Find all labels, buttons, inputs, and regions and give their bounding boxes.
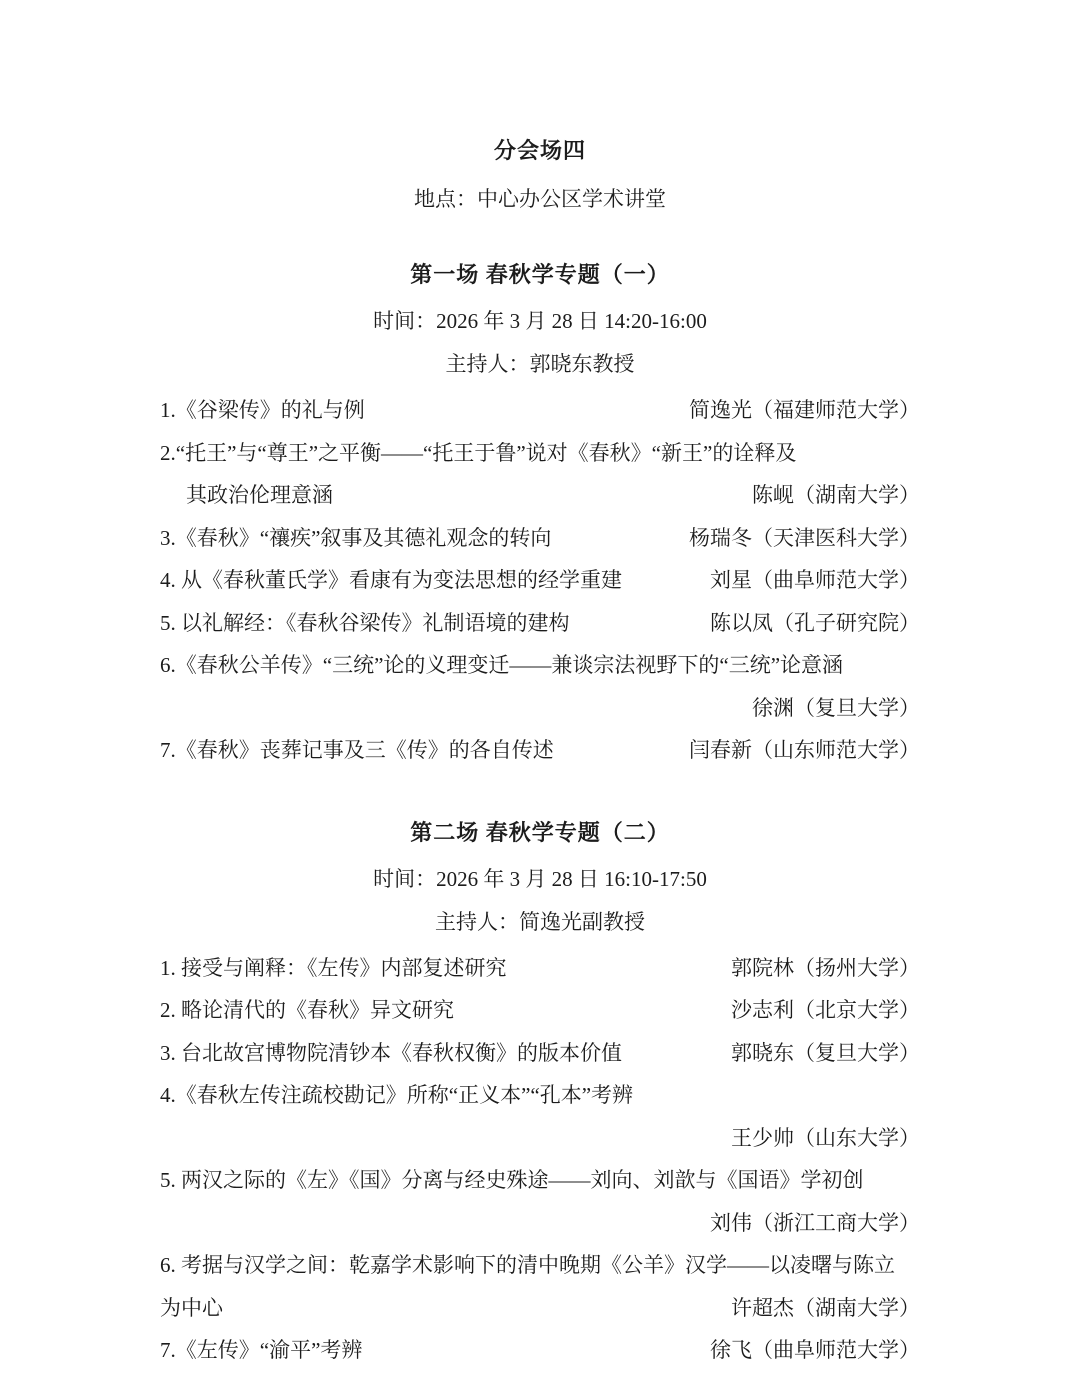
- session-header: 第一场 春秋学专题（一）: [160, 260, 920, 290]
- presentation-list: 1. 接受与阐释：《左传》内部复述研究 郭院林（扬州大学） 2. 略论清代的《春…: [160, 947, 920, 1372]
- presenter-name: 陈以凤（孔子研究院）: [710, 602, 920, 645]
- presentation-title: 7.《左传》“渝平”考辨: [160, 1329, 362, 1372]
- presentation-line: 刘伟（浙江工商大学）: [160, 1202, 920, 1245]
- presenter-name: 刘星（曲阜师范大学）: [710, 559, 920, 602]
- session-block: 第一场 春秋学专题（一） 时间：2026 年 3 月 28 日 14:20-16…: [160, 260, 920, 772]
- session-time: 时间：2026 年 3 月 28 日 16:10-17:50: [160, 864, 920, 894]
- presentation-title: 5. 两汉之际的《左》《国》分离与经史殊途——刘向、刘歆与《国语》学初创: [160, 1159, 864, 1202]
- presentation-line: 1.《谷梁传》的礼与例 简逸光（福建师范大学）: [160, 389, 920, 432]
- presentation-line: 1. 接受与阐释：《左传》内部复述研究 郭院林（扬州大学）: [160, 947, 920, 990]
- presentation-line: 徐渊（复旦大学）: [160, 687, 920, 730]
- presentation-title: 3.《春秋》“禳疾”叙事及其德礼观念的转向: [160, 517, 551, 560]
- presentation-line: 4. 从《春秋董氏学》看康有为变法思想的经学重建 刘星（曲阜师范大学）: [160, 559, 920, 602]
- presentation-line: 王少帅（山东大学）: [160, 1117, 920, 1160]
- presentation-line: 为中心 许超杰（湖南大学）: [160, 1287, 920, 1330]
- page-title: 分会场四: [160, 136, 920, 166]
- presenter-name: 王少帅（山东大学）: [731, 1117, 920, 1160]
- presentation-line: 5. 两汉之际的《左》《国》分离与经史殊途——刘向、刘歆与《国语》学初创: [160, 1159, 920, 1202]
- presentation-title: 4.《春秋左传注疏校勘记》所称“正义本”“孔本”考辨: [160, 1074, 633, 1117]
- presenter-name: 简逸光（福建师范大学）: [689, 389, 920, 432]
- session-header: 第二场 春秋学专题（二）: [160, 818, 920, 848]
- session-block: 第二场 春秋学专题（二） 时间：2026 年 3 月 28 日 16:10-17…: [160, 818, 920, 1372]
- presenter-name: 沙志利（北京大学）: [731, 989, 920, 1032]
- presentation-line: 7.《左传》“渝平”考辨 徐飞（曲阜师范大学）: [160, 1329, 920, 1372]
- presenter-name: 许超杰（湖南大学）: [731, 1287, 920, 1330]
- presentation-title: 5. 以礼解经：《春秋谷梁传》礼制语境的建构: [160, 602, 570, 645]
- presenter-name: 郭院林（扬州大学）: [731, 947, 920, 990]
- session-host: 主持人：郭晓东教授: [160, 349, 920, 379]
- presentation-line: 4.《春秋左传注疏校勘记》所称“正义本”“孔本”考辨: [160, 1074, 920, 1117]
- presentation-line: 2.“托王”与“尊王”之平衡——“托王于鲁”说对《春秋》“新王”的诠释及: [160, 432, 920, 475]
- presentation-line: 6.《春秋公羊传》“三统”论的义理变迁——兼谈宗法视野下的“三统”论意涵: [160, 644, 920, 687]
- presentation-title: 其政治伦理意涵: [160, 474, 333, 517]
- presenter-name: 郭晓东（复旦大学）: [731, 1032, 920, 1075]
- presenter-name: 徐飞（曲阜师范大学）: [710, 1329, 920, 1372]
- presentation-list: 1.《谷梁传》的礼与例 简逸光（福建师范大学） 2.“托王”与“尊王”之平衡——…: [160, 389, 920, 772]
- session-host: 主持人：简逸光副教授: [160, 907, 920, 937]
- presentation-line: 2. 略论清代的《春秋》异文研究 沙志利（北京大学）: [160, 989, 920, 1032]
- presenter-name: 陈岘（湖南大学）: [752, 474, 920, 517]
- conference-program-page: 分会场四 地点：中心办公区学术讲堂 第一场 春秋学专题（一） 时间：2026 年…: [0, 0, 1080, 1394]
- presentation-line: 其政治伦理意涵 陈岘（湖南大学）: [160, 474, 920, 517]
- presenter-name: 刘伟（浙江工商大学）: [710, 1202, 920, 1245]
- presentation-line: 3.《春秋》“禳疾”叙事及其德礼观念的转向 杨瑞冬（天津医科大学）: [160, 517, 920, 560]
- presentation-title: 1.《谷梁传》的礼与例: [160, 389, 365, 432]
- presentation-title: 7.《春秋》丧葬记事及三《传》的各自传述: [160, 729, 554, 772]
- presentation-line: 7.《春秋》丧葬记事及三《传》的各自传述 闫春新（山东师范大学）: [160, 729, 920, 772]
- presentation-line: 5. 以礼解经：《春秋谷梁传》礼制语境的建构 陈以凤（孔子研究院）: [160, 602, 920, 645]
- presentation-title: 2. 略论清代的《春秋》异文研究: [160, 989, 454, 1032]
- presentation-title: 4. 从《春秋董氏学》看康有为变法思想的经学重建: [160, 559, 622, 602]
- presentation-title: 6. 考据与汉学之间：乾嘉学术影响下的清中晚期《公羊》汉学——以凌曙与陈立: [160, 1244, 895, 1287]
- session-time: 时间：2026 年 3 月 28 日 14:20-16:00: [160, 306, 920, 336]
- presenter-name: 徐渊（复旦大学）: [752, 687, 920, 730]
- presentation-title: 6.《春秋公羊传》“三统”论的义理变迁——兼谈宗法视野下的“三统”论意涵: [160, 644, 843, 687]
- presentation-line: 3. 台北故宫博物院清钞本《春秋权衡》的版本价值 郭晓东（复旦大学）: [160, 1032, 920, 1075]
- presenter-name: 杨瑞冬（天津医科大学）: [689, 517, 920, 560]
- presentation-title: 2.“托王”与“尊王”之平衡——“托王于鲁”说对《春秋》“新王”的诠释及: [160, 432, 796, 475]
- presentation-line: 6. 考据与汉学之间：乾嘉学术影响下的清中晚期《公羊》汉学——以凌曙与陈立: [160, 1244, 920, 1287]
- location-line: 地点：中心办公区学术讲堂: [160, 184, 920, 214]
- presentation-title: 1. 接受与阐释：《左传》内部复述研究: [160, 947, 507, 990]
- sessions-container: 第一场 春秋学专题（一） 时间：2026 年 3 月 28 日 14:20-16…: [160, 260, 920, 1372]
- presentation-title: 为中心: [160, 1287, 223, 1330]
- presenter-name: 闫春新（山东师范大学）: [689, 729, 920, 772]
- presentation-title: 3. 台北故宫博物院清钞本《春秋权衡》的版本价值: [160, 1032, 622, 1075]
